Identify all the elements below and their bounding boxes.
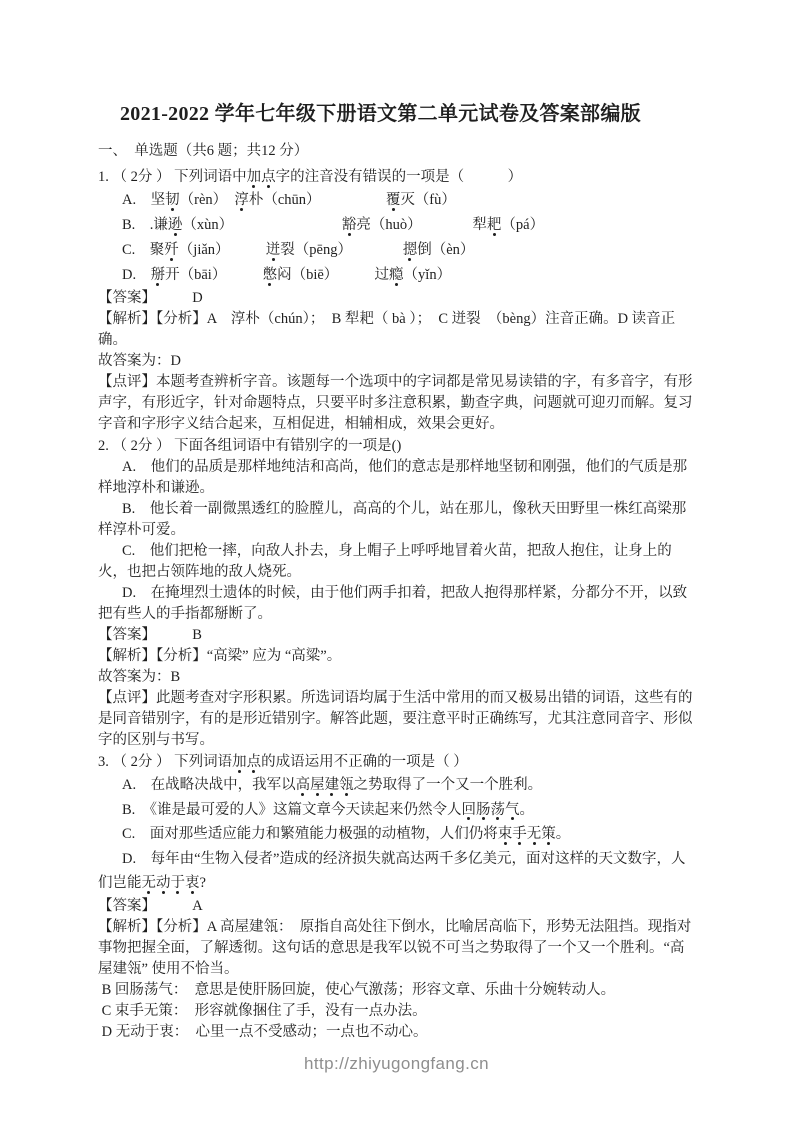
text-segment: ? <box>200 875 206 891</box>
question-3-analysis-c: C 束手无策： 形容就像捆住了手，没有一点办法。 <box>98 1001 694 1022</box>
text-segment: 【答案】 A <box>98 898 203 914</box>
question-1-comment: 【点评】本题考查辨析字音。该题每一个选项中的字词都是常见易读错的字，有多音字，有… <box>98 372 694 435</box>
text-segment: 【答案】 B <box>98 627 202 643</box>
text-segment: A. 在战略决战中，我军以 <box>122 777 296 793</box>
emphasized-char: 瓴 <box>339 777 354 793</box>
text-segment: （xùn） <box>182 217 342 233</box>
text-segment: C. 他们把枪一摔，向敌人扑去，身上帽子上呼呼地冒着火苗，把敌人抱住，让身上的火… <box>98 543 672 580</box>
emphasized-char: 加 <box>247 169 262 185</box>
question-3-stem: 3. （ 2分 ） 下列词语加点的成语运用不正确的一项是（ ） <box>98 751 694 773</box>
emphasized-char: 动 <box>156 875 171 891</box>
emphasized-char: 掰 <box>151 267 166 283</box>
question-2-stem: 2. （ 2分 ） 下面各组词语中有错别字的一项是() <box>98 435 694 457</box>
text-segment: 开（bāi） <box>165 267 262 283</box>
text-segment: D. <box>122 267 151 283</box>
emphasized-char: 建 <box>325 777 340 793</box>
emphasized-char: 摁 <box>403 242 418 258</box>
text-segment: 2. （ 2分 ） 下面各组词语中有错别字的一项是() <box>98 438 401 454</box>
text-segment: 灭（fù） <box>400 192 456 208</box>
question-2-option-d: D. 在掩埋烈士遗体的时候，由于他们两手扣着，把敌人抱得那样紧，分都分不开，以致… <box>98 583 694 625</box>
text-segment: 闷（biē） 过 <box>277 267 389 283</box>
text-segment: 裂（pēng） <box>280 242 402 258</box>
text-segment: 【答案】 D <box>98 290 203 306</box>
emphasized-char: 瘾 <box>389 267 404 283</box>
text-segment: 【点评】本题考查辨析字音。该题每一个选项中的字词都是常见易读错的字，有多音字，有… <box>98 374 693 432</box>
emphasized-char: 点 <box>261 169 276 185</box>
text-segment: （yǐn） <box>404 267 452 283</box>
text-segment: 【解析】【分析】A 高屋建瓴： 原指自高处往下倒水，比喻居高临下，形势无法阻挡。… <box>98 919 691 977</box>
text-segment: 1. （ 2分 ） 下列词语中 <box>98 169 247 185</box>
text-segment: 之势取得了一个又一个胜利。 <box>354 777 543 793</box>
text-segment: B. 他长着一副微黑透红的脸膛儿，高高的个儿，站在那儿，像秋天田野里一株红高梁那… <box>98 501 686 538</box>
emphasized-char: 屋 <box>310 777 325 793</box>
question-3-analysis-d: D 无动于衷： 心里一点不受感动；一点也不动心。 <box>98 1022 694 1043</box>
text-segment: 故答案为：B <box>98 669 180 685</box>
emphasized-char: 无 <box>527 826 542 842</box>
question-2-option-b: B. 他长着一副微黑透红的脸膛儿，高高的个儿，站在那儿，像秋天田野里一株红高梁那… <box>98 499 694 541</box>
text-segment: A. 坚 <box>122 192 165 208</box>
text-segment: D 无动于衷： 心里一点不受感动；一点也不动心。 <box>98 1024 427 1040</box>
text-segment: B. 《谁是最可爱的人》这篇文章今天读起来仍然令人 <box>122 802 462 818</box>
emphasized-char: 点 <box>247 754 262 770</box>
text-segment: A. 他们的品质是那样地纯洁和高尚，他们的意志是那样地坚韧和刚强，他们的气质是那… <box>98 459 687 496</box>
question-3-option-a: A. 在战略决战中，我军以高屋建瓴之势取得了一个又一个胜利。 <box>98 773 694 798</box>
text-segment: B. .谦 <box>122 217 168 233</box>
text-segment: 【点评】此题考查对字形积累。所选词语均属于生活中常用的而又极易出错的词语，这些有… <box>98 690 693 748</box>
exam-body: 一、 单选题（共6 题；共12 分）1. （ 2分 ） 下列词语中加点字的注音没… <box>98 140 694 1043</box>
text-segment: 朴（chūn） <box>249 192 386 208</box>
emphasized-char: 豁 <box>342 217 357 233</box>
emphasized-char: 无 <box>142 875 157 891</box>
text-segment: （jiǎn） <box>179 242 266 258</box>
question-1-option-a: A. 坚韧（rèn） 淳朴（chūn） 覆灭（fù） <box>98 188 694 213</box>
emphasized-char: 覆 <box>386 192 401 208</box>
emphasized-char: 手 <box>512 826 527 842</box>
text-segment: 故答案为：D <box>98 353 181 369</box>
emphasized-char: 憋 <box>263 267 278 283</box>
emphasized-char: 回 <box>462 802 477 818</box>
question-2-answer-restate: 故答案为：B <box>98 667 694 688</box>
question-1-option-b: B. .谦逊（xùn） 豁亮（huò） 犁耙（pá） <box>98 213 694 238</box>
question-3-analysis-a: 【解析】【分析】A 高屋建瓴： 原指自高处往下倒水，比喻居高临下，形势无法阻挡。… <box>98 917 694 980</box>
emphasized-char: 韧 <box>165 192 180 208</box>
question-2-answer: 【答案】 B <box>98 625 694 646</box>
question-3-answer: 【答案】 A <box>98 896 694 917</box>
question-1-option-c: C. 聚歼（jiǎn） 迸裂（pēng） 摁倒（èn） <box>98 238 694 263</box>
text-segment: 字的注音没有错误的一项是（ ） <box>276 169 523 185</box>
emphasized-char: 策 <box>541 826 556 842</box>
question-1-analysis: 【解析】【分析】A 淳朴（chún）； B 犁耙（ bà ）； C 迸裂 （bè… <box>98 309 694 351</box>
question-3-option-c: C. 面对那些适应能力和繁殖能力极强的动植物，人们仍将束手无策。 <box>98 822 694 847</box>
text-segment: 【解析】【分析】“高梁” 应为 “高粱”。 <box>98 648 341 664</box>
text-segment: D. 在掩埋烈士遗体的时候，由于他们两手扣着，把敌人抱得那样紧，分都分不开，以致… <box>98 585 687 622</box>
question-2-option-c: C. 他们把枪一摔，向敌人扑去，身上帽子上呼呼地冒着火苗，把敌人抱住，让身上的火… <box>98 541 694 583</box>
text-segment: C. 聚 <box>122 242 164 258</box>
text-segment: 。 <box>520 802 535 818</box>
text-segment: 3. （ 2分 ） 下列词语 <box>98 754 232 770</box>
emphasized-char: 耙 <box>487 217 502 233</box>
emphasized-char: 歼 <box>164 242 179 258</box>
emphasized-char: 高 <box>296 777 311 793</box>
emphasized-char: 加 <box>232 754 247 770</box>
text-segment: （rèn） <box>180 192 235 208</box>
emphasized-char: 于 <box>171 875 186 891</box>
document-page: 2021-2022 学年七年级下册语文第二单元试卷及答案部编版 一、 单选题（共… <box>0 0 793 1122</box>
question-3-option-d: D. 每年由“生物入侵者”造成的经济损失就高达两千多亿美元，面对这样的天文数字，… <box>98 847 694 896</box>
emphasized-char: 衷 <box>185 875 200 891</box>
emphasized-char: 逊 <box>168 217 183 233</box>
text-segment: （pá） <box>501 217 544 233</box>
text-segment: 【解析】【分析】A 淳朴（chún）； B 犁耙（ bà ）； C 迸裂 （bè… <box>98 311 675 348</box>
text-segment: C 束手无策： 形容就像捆住了手，没有一点办法。 <box>98 1003 427 1019</box>
question-2-comment: 【点评】此题考查对字形积累。所选词语均属于生活中常用的而又极易出错的词语，这些有… <box>98 688 694 751</box>
emphasized-char: 迸 <box>266 242 281 258</box>
question-1-answer: 【答案】 D <box>98 288 694 309</box>
question-1-option-d: D. 掰开（bāi） 憋闷（biē） 过瘾（yǐn） <box>98 263 694 288</box>
question-3-analysis-b: B 回肠荡气： 意思是使肝肠回旋，使心气激荡；形容文章、乐曲十分婉转动人。 <box>98 980 694 1001</box>
exam-title: 2021-2022 学年七年级下册语文第二单元试卷及答案部编版 <box>98 101 694 128</box>
emphasized-char: 束 <box>498 826 513 842</box>
text-segment: 的成语运用不正确的一项是（ ） <box>261 754 468 770</box>
exam-document: 2021-2022 学年七年级下册语文第二单元试卷及答案部编版 一、 单选题（共… <box>98 101 694 1043</box>
question-1-answer-restate: 故答案为：D <box>98 351 694 372</box>
emphasized-char: 气 <box>505 802 520 818</box>
emphasized-char: 肠 <box>476 802 491 818</box>
section-heading: 一、 单选题（共6 题；共12 分） <box>98 140 694 162</box>
question-1-stem: 1. （ 2分 ） 下列词语中加点字的注音没有错误的一项是（ ） <box>98 166 694 188</box>
question-2-analysis: 【解析】【分析】“高梁” 应为 “高粱”。 <box>98 646 694 667</box>
text-segment: B 回肠荡气： 意思是使肝肠回旋，使心气激荡；形容文章、乐曲十分婉转动人。 <box>98 982 615 998</box>
text-segment: 亮（huò） 犁 <box>356 217 487 233</box>
text-segment: 一、 单选题（共6 题；共12 分） <box>98 143 308 159</box>
text-segment: C. 面对那些适应能力和繁殖能力极强的动植物，人们仍将 <box>122 826 498 842</box>
text-segment: 。 <box>556 826 571 842</box>
text-segment: 倒（èn） <box>417 242 474 258</box>
emphasized-char: 淳 <box>234 192 249 208</box>
question-2-option-a: A. 他们的品质是那样地纯洁和高尚，他们的意志是那样地坚韧和刚强，他们的气质是那… <box>98 457 694 499</box>
footer-url: http://zhiyugongfang.cn <box>0 1054 793 1074</box>
emphasized-char: 荡 <box>491 802 506 818</box>
question-3-option-b: B. 《谁是最可爱的人》这篇文章今天读起来仍然令人回肠荡气。 <box>98 798 694 823</box>
